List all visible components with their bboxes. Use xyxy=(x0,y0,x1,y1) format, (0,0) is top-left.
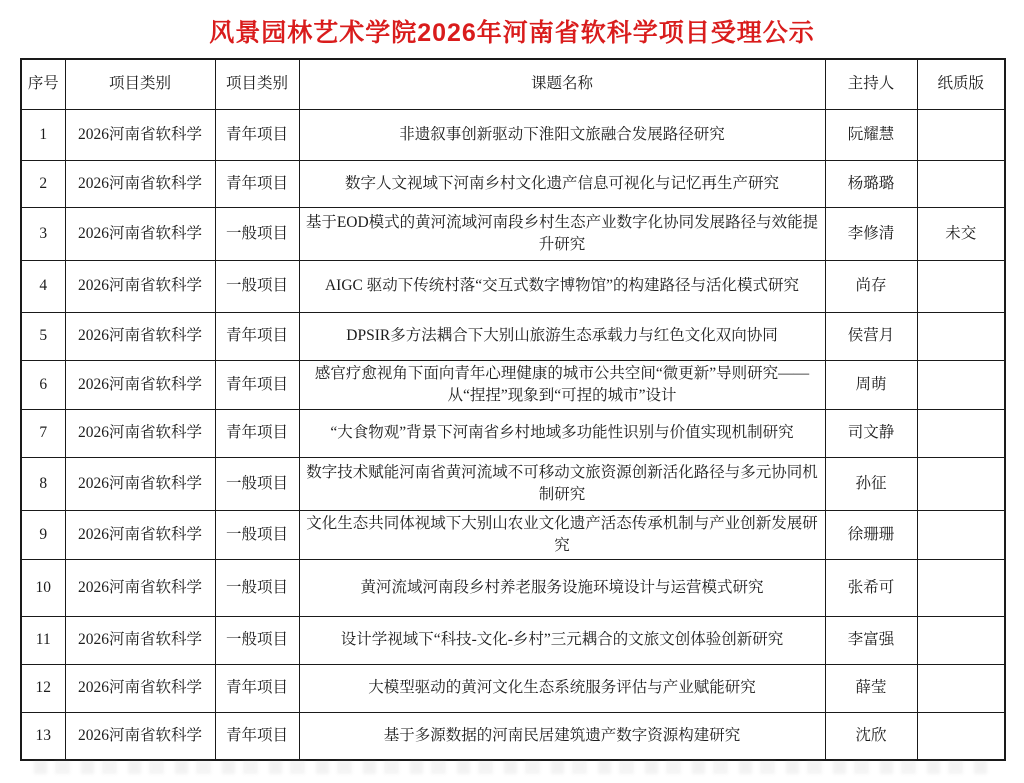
cell-topic-name: 文化生态共同体视域下大别山农业文化遗产活态传承机制与产业创新发展研究 xyxy=(299,510,825,559)
cell-project-category: 2026河南省软科学 xyxy=(65,160,215,207)
cell-leader: 李富强 xyxy=(825,616,917,664)
projects-table: 序号 项目类别 项目类别 课题名称 主持人 纸质版 1 2026河南省软科学 青… xyxy=(20,58,1006,761)
cell-project-category: 2026河南省软科学 xyxy=(65,510,215,559)
table-row: 11 2026河南省软科学 一般项目 设计学视域下“科技-文化-乡村”三元耦合的… xyxy=(21,616,1005,664)
cell-topic-name: 数字人文视域下河南乡村文化遗产信息可视化与记忆再生产研究 xyxy=(299,160,825,207)
cell-leader: 李修清 xyxy=(825,207,917,260)
cell-serial-number: 7 xyxy=(21,409,65,457)
cell-leader: 徐珊珊 xyxy=(825,510,917,559)
cell-serial-number: 3 xyxy=(21,207,65,260)
cell-project-type: 青年项目 xyxy=(215,664,299,712)
cell-project-type: 一般项目 xyxy=(215,559,299,616)
table-row: 10 2026河南省软科学 一般项目 黄河流域河南段乡村养老服务设施环境设计与运… xyxy=(21,559,1005,616)
cell-leader: 司文静 xyxy=(825,409,917,457)
table-row: 12 2026河南省软科学 青年项目 大模型驱动的黄河文化生态系统服务评估与产业… xyxy=(21,664,1005,712)
cell-leader: 薛莹 xyxy=(825,664,917,712)
table-row: 4 2026河南省软科学 一般项目 AIGC 驱动下传统村落“交互式数字博物馆”… xyxy=(21,260,1005,312)
cell-paper-copy xyxy=(917,109,1005,160)
header-serial-number: 序号 xyxy=(21,59,65,109)
cell-serial-number: 6 xyxy=(21,360,65,409)
cell-leader: 孙征 xyxy=(825,457,917,510)
header-project-category: 项目类别 xyxy=(65,59,215,109)
cell-project-category: 2026河南省软科学 xyxy=(65,260,215,312)
cell-serial-number: 8 xyxy=(21,457,65,510)
cell-topic-name: “大食物观”背景下河南省乡村地域多功能性识别与价值实现机制研究 xyxy=(299,409,825,457)
cell-serial-number: 11 xyxy=(21,616,65,664)
cell-project-category: 2026河南省软科学 xyxy=(65,457,215,510)
cell-topic-name: 非遗叙事创新驱动下淮阳文旅融合发展路径研究 xyxy=(299,109,825,160)
page-title: 风景园林艺术学院2026年河南省软科学项目受理公示 xyxy=(0,0,1024,49)
cell-paper-copy xyxy=(917,312,1005,360)
cell-paper-copy xyxy=(917,409,1005,457)
cell-project-type: 一般项目 xyxy=(215,260,299,312)
cell-paper-copy xyxy=(917,664,1005,712)
cell-serial-number: 10 xyxy=(21,559,65,616)
cell-serial-number: 12 xyxy=(21,664,65,712)
cell-topic-name: 感官疗愈视角下面向青年心理健康的城市公共空间“微更新”导则研究——从“捏捏”现象… xyxy=(299,360,825,409)
table-row: 13 2026河南省软科学 青年项目 基于多源数据的河南民居建筑遗产数字资源构建… xyxy=(21,712,1005,760)
cell-leader: 阮耀慧 xyxy=(825,109,917,160)
cell-topic-name: 基于EOD模式的黄河流域河南段乡村生态产业数字化协同发展路径与效能提升研究 xyxy=(299,207,825,260)
cell-project-category: 2026河南省软科学 xyxy=(65,559,215,616)
header-leader: 主持人 xyxy=(825,59,917,109)
cell-leader: 周萌 xyxy=(825,360,917,409)
header-project-type: 项目类别 xyxy=(215,59,299,109)
cell-project-category: 2026河南省软科学 xyxy=(65,360,215,409)
cell-project-type: 青年项目 xyxy=(215,312,299,360)
cell-topic-name: 大模型驱动的黄河文化生态系统服务评估与产业赋能研究 xyxy=(299,664,825,712)
cell-project-type: 一般项目 xyxy=(215,457,299,510)
cell-project-type: 青年项目 xyxy=(215,712,299,760)
cell-paper-copy xyxy=(917,559,1005,616)
cell-leader: 尚存 xyxy=(825,260,917,312)
cell-project-category: 2026河南省软科学 xyxy=(65,312,215,360)
cell-serial-number: 2 xyxy=(21,160,65,207)
table-row: 8 2026河南省软科学 一般项目 数字技术赋能河南省黄河流域不可移动文旅资源创… xyxy=(21,457,1005,510)
cell-paper-copy xyxy=(917,260,1005,312)
cell-project-category: 2026河南省软科学 xyxy=(65,409,215,457)
cell-paper-copy xyxy=(917,160,1005,207)
cell-project-category: 2026河南省软科学 xyxy=(65,207,215,260)
cell-serial-number: 1 xyxy=(21,109,65,160)
table-row: 6 2026河南省软科学 青年项目 感官疗愈视角下面向青年心理健康的城市公共空间… xyxy=(21,360,1005,409)
cell-topic-name: 数字技术赋能河南省黄河流域不可移动文旅资源创新活化路径与多元协同机制研究 xyxy=(299,457,825,510)
cell-topic-name: 黄河流域河南段乡村养老服务设施环境设计与运营模式研究 xyxy=(299,559,825,616)
cell-topic-name: 设计学视域下“科技-文化-乡村”三元耦合的文旅文创体验创新研究 xyxy=(299,616,825,664)
table-row: 3 2026河南省软科学 一般项目 基于EOD模式的黄河流域河南段乡村生态产业数… xyxy=(21,207,1005,260)
cell-project-type: 青年项目 xyxy=(215,160,299,207)
cell-serial-number: 5 xyxy=(21,312,65,360)
header-topic-name: 课题名称 xyxy=(299,59,825,109)
cell-project-type: 青年项目 xyxy=(215,409,299,457)
table-row: 2 2026河南省软科学 青年项目 数字人文视域下河南乡村文化遗产信息可视化与记… xyxy=(21,160,1005,207)
cell-paper-copy xyxy=(917,360,1005,409)
cell-topic-name: 基于多源数据的河南民居建筑遗产数字资源构建研究 xyxy=(299,712,825,760)
cell-project-category: 2026河南省软科学 xyxy=(65,712,215,760)
cell-paper-copy xyxy=(917,712,1005,760)
cell-project-category: 2026河南省软科学 xyxy=(65,616,215,664)
cell-paper-copy xyxy=(917,616,1005,664)
cell-serial-number: 9 xyxy=(21,510,65,559)
cell-leader: 张希可 xyxy=(825,559,917,616)
cell-project-type: 青年项目 xyxy=(215,109,299,160)
cell-project-category: 2026河南省软科学 xyxy=(65,664,215,712)
table-body: 1 2026河南省软科学 青年项目 非遗叙事创新驱动下淮阳文旅融合发展路径研究 … xyxy=(21,109,1005,760)
cell-project-type: 一般项目 xyxy=(215,207,299,260)
scan-bleed-artifact xyxy=(34,760,992,774)
cell-leader: 侯营月 xyxy=(825,312,917,360)
cell-serial-number: 13 xyxy=(21,712,65,760)
cell-project-type: 一般项目 xyxy=(215,510,299,559)
cell-leader: 杨璐璐 xyxy=(825,160,917,207)
cell-topic-name: AIGC 驱动下传统村落“交互式数字博物馆”的构建路径与活化模式研究 xyxy=(299,260,825,312)
cell-leader: 沈欣 xyxy=(825,712,917,760)
header-paper-copy: 纸质版 xyxy=(917,59,1005,109)
table-row: 9 2026河南省软科学 一般项目 文化生态共同体视域下大别山农业文化遗产活态传… xyxy=(21,510,1005,559)
cell-project-category: 2026河南省软科学 xyxy=(65,109,215,160)
cell-project-type: 一般项目 xyxy=(215,616,299,664)
table-row: 7 2026河南省软科学 青年项目 “大食物观”背景下河南省乡村地域多功能性识别… xyxy=(21,409,1005,457)
table-header-row: 序号 项目类别 项目类别 课题名称 主持人 纸质版 xyxy=(21,59,1005,109)
cell-topic-name: DPSIR多方法耦合下大别山旅游生态承载力与红色文化双向协同 xyxy=(299,312,825,360)
cell-serial-number: 4 xyxy=(21,260,65,312)
table-row: 1 2026河南省软科学 青年项目 非遗叙事创新驱动下淮阳文旅融合发展路径研究 … xyxy=(21,109,1005,160)
cell-paper-copy xyxy=(917,457,1005,510)
table-row: 5 2026河南省软科学 青年项目 DPSIR多方法耦合下大别山旅游生态承载力与… xyxy=(21,312,1005,360)
cell-paper-copy xyxy=(917,510,1005,559)
cell-paper-copy: 未交 xyxy=(917,207,1005,260)
cell-project-type: 青年项目 xyxy=(215,360,299,409)
